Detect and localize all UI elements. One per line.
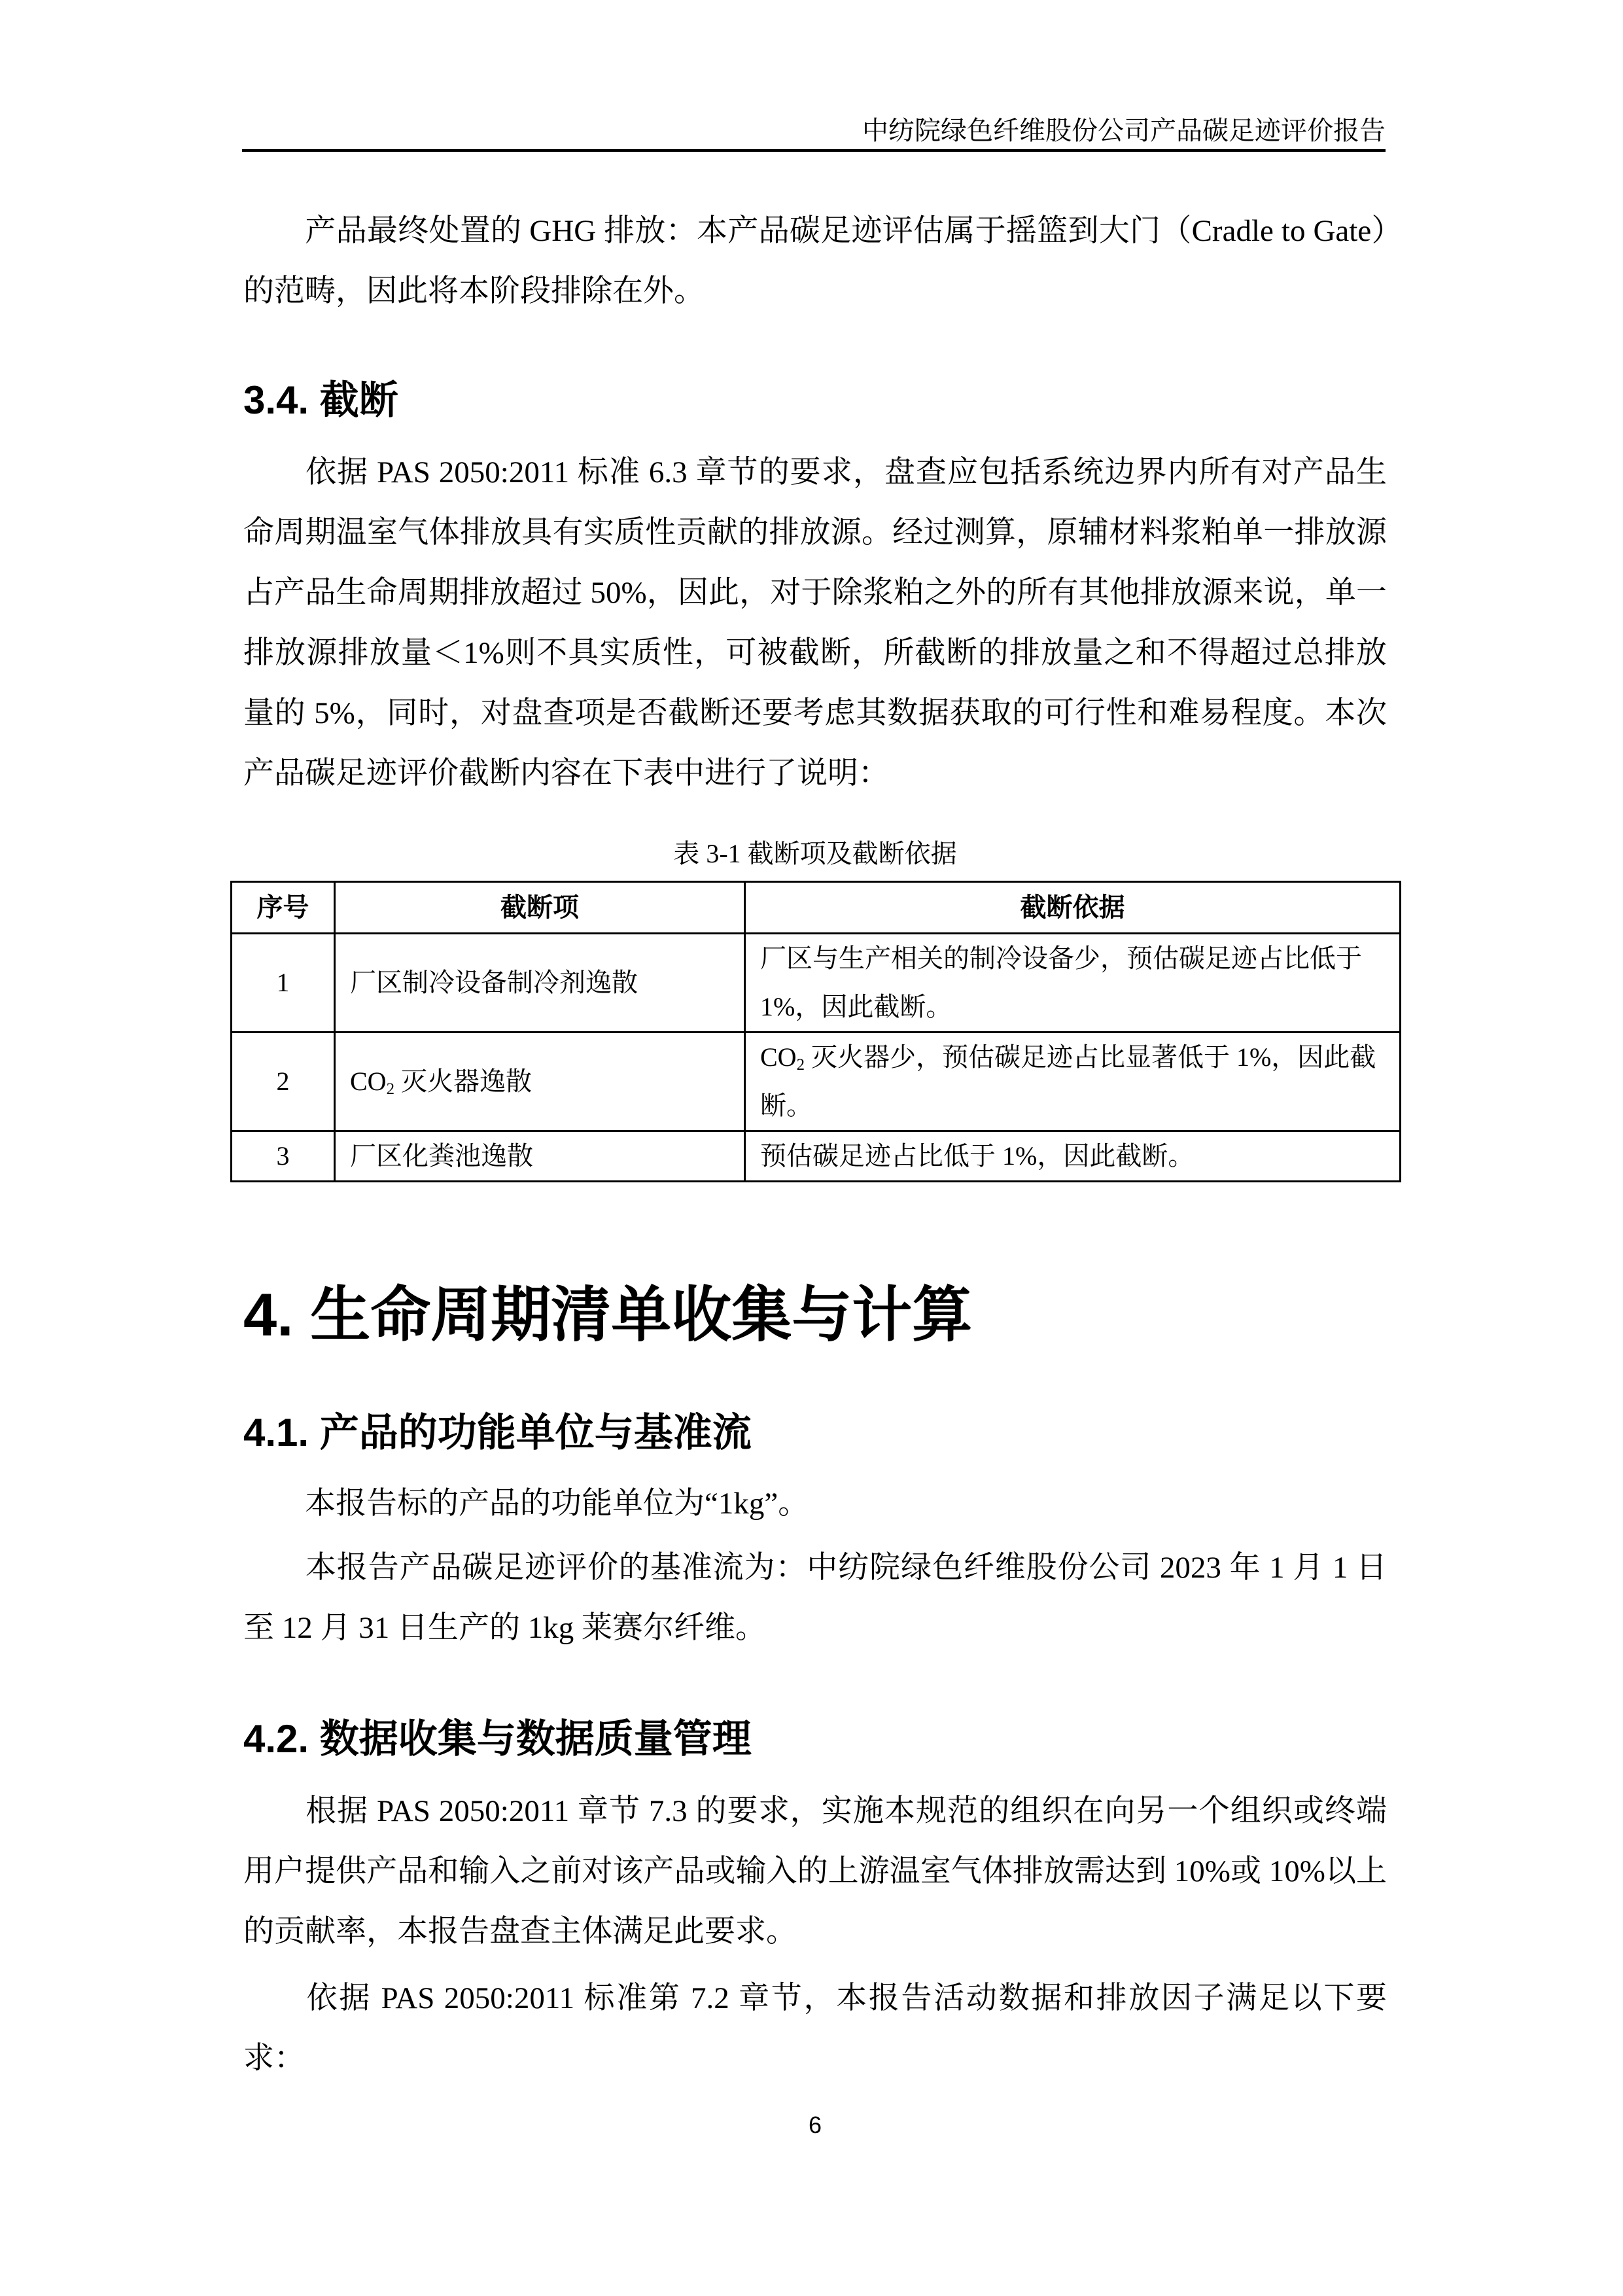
paragraph-cutoff-criteria: 依据 PAS 2050:2011 标准 6.3 章节的要求，盘查应包括系统边界内… (243, 442, 1387, 804)
paragraph-text: 产品最终处置的 GHG 排放：本产品碳足迹评估属于摇篮到大门（Cradle to… (243, 214, 1387, 308)
paragraph-functional-unit: 本报告标的产品的功能单位为“1kg”。 (243, 1474, 1387, 1534)
paragraph-text: 依据 PAS 2050:2011 标准第 7.2 章节，本报告活动数据和排放因子… (243, 1981, 1387, 2075)
page-number: 6 (243, 2112, 1387, 2138)
cell-text: 灭火器少，预估碳足迹占比显著低于 1%，因此截断。 (760, 1042, 1376, 1120)
formula-co: CO (350, 1067, 387, 1096)
paragraph-reference-flow: 本报告产品碳足迹评价的基准流为：中纺院绿色纤维股份公司 2023 年 1 月 1… (243, 1538, 1387, 1658)
cutoff-table: 序号 截断项 截断依据 1 厂区制冷设备制冷剂逸散 厂区与生产相关的制冷设备少，… (230, 881, 1401, 1182)
running-header-title: 中纺院绿色纤维股份公司产品碳足迹评价报告 (850, 115, 1386, 147)
cell-no: 2 (232, 1033, 335, 1131)
cell-no: 1 (232, 934, 335, 1033)
cell-item: CO2 灭火器逸散 (335, 1033, 745, 1131)
column-header-basis: 截断依据 (745, 882, 1401, 934)
header-divider (242, 149, 1386, 152)
table-caption: 表 3-1 截断项及截断依据 (243, 834, 1387, 874)
cell-item: 厂区化粪池逸散 (335, 1131, 745, 1182)
section-heading-3-4: 3.4. 截断 (243, 374, 398, 427)
column-header-no: 序号 (232, 882, 335, 934)
paragraph-data-collection-2: 依据 PAS 2050:2011 标准第 7.2 章节，本报告活动数据和排放因子… (243, 1968, 1387, 2089)
table-row: 2 CO2 灭火器逸散 CO2 灭火器少，预估碳足迹占比显著低于 1%，因此截断… (232, 1033, 1401, 1131)
paragraph-text: 根据 PAS 2050:2011 章节 7.3 的要求，实施本规范的组织在向另一… (243, 1794, 1387, 1949)
paragraph-final-disposal: 产品最终处置的 GHG 排放：本产品碳足迹评估属于摇篮到大门（Cradle to… (243, 201, 1387, 321)
paragraph-text: 本报告标的产品的功能单位为“1kg”。 (305, 1487, 809, 1521)
chapter-heading-4: 4. 生命周期清单收集与计算 (243, 1279, 972, 1351)
section-heading-4-2: 4.2. 数据收集与数据质量管理 (243, 1713, 752, 1765)
cell-text: 灭火器逸散 (394, 1067, 532, 1096)
cell-basis: 厂区与生产相关的制冷设备少，预估碳足迹占比低于 1%，因此截断。 (745, 934, 1401, 1033)
formula-subscript: 2 (387, 1080, 394, 1098)
table-header-row: 序号 截断项 截断依据 (232, 882, 1401, 934)
cell-no: 3 (232, 1131, 335, 1182)
formula-co: CO (760, 1042, 797, 1072)
table-row: 1 厂区制冷设备制冷剂逸散 厂区与生产相关的制冷设备少，预估碳足迹占比低于 1%… (232, 934, 1401, 1033)
cell-item: 厂区制冷设备制冷剂逸散 (335, 934, 745, 1033)
formula-subscript: 2 (797, 1056, 805, 1074)
cell-basis: CO2 灭火器少，预估碳足迹占比显著低于 1%，因此截断。 (745, 1033, 1401, 1131)
section-heading-4-1: 4.1. 产品的功能单位与基准流 (243, 1407, 752, 1459)
paragraph-text: 依据 PAS 2050:2011 标准 6.3 章节的要求，盘查应包括系统边界内… (243, 455, 1387, 790)
table-row: 3 厂区化粪池逸散 预估碳足迹占比低于 1%，因此截断。 (232, 1131, 1401, 1182)
cell-basis: 预估碳足迹占比低于 1%，因此截断。 (745, 1131, 1401, 1182)
paragraph-data-collection-1: 根据 PAS 2050:2011 章节 7.3 的要求，实施本规范的组织在向另一… (243, 1781, 1387, 1962)
paragraph-text: 本报告产品碳足迹评价的基准流为：中纺院绿色纤维股份公司 2023 年 1 月 1… (243, 1551, 1387, 1645)
column-header-item: 截断项 (335, 882, 745, 934)
